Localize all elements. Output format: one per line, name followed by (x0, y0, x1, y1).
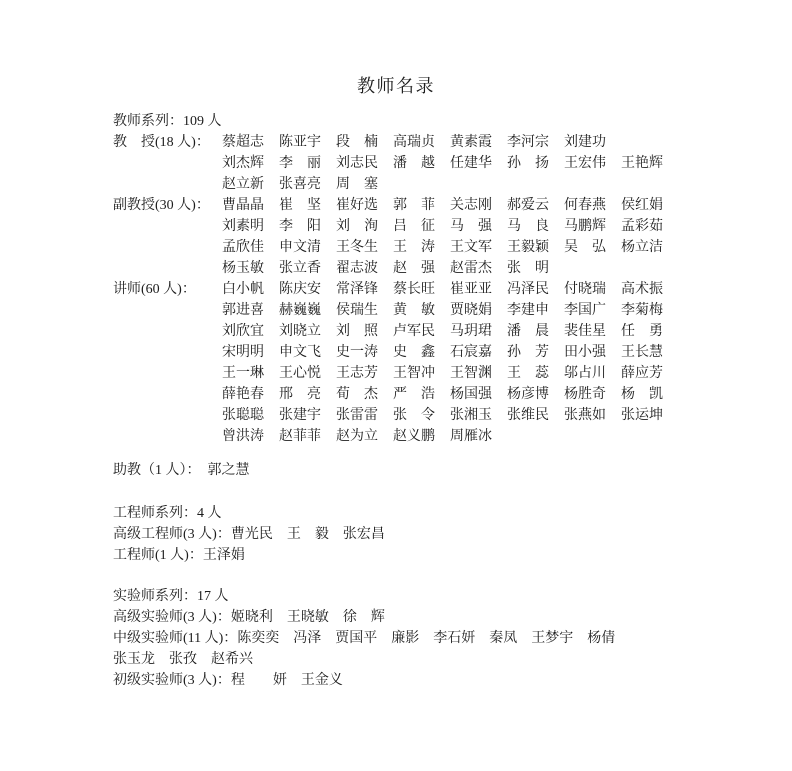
roster-row: 刘素明李 阳刘 洵吕 征马 强马 良马鹏辉孟彩茹 (222, 216, 679, 237)
person-name: 马 强 (450, 216, 507, 237)
person-name: 何春燕 (564, 195, 621, 216)
person-name: 杨国强 (450, 384, 507, 405)
person-name: 周雁冰 (450, 426, 507, 447)
roster-row: 张聪聪张建宇张雷雷张 令张湘玉张维民张燕如张运坤 (222, 405, 679, 426)
person-name: 马 良 (507, 216, 564, 237)
junior-experimentalists-label: 初级实验师(3 人)： (113, 673, 231, 688)
person-name: 张运坤 (621, 405, 678, 426)
person-name: 张燕如 (564, 405, 621, 426)
person-name: 张立香 (279, 258, 336, 279)
intermediate-experimentalists-names: 陈奕奕 冯泽 贾国平 廉影 李石妍 秦凤 王梦宇 杨倩 (237, 631, 615, 646)
person-name: 杨立洁 (621, 237, 678, 258)
senior-engineers-names: 曹光民 王 毅 张宏昌 (231, 527, 385, 542)
person-name: 刘素明 (222, 216, 279, 237)
person-name: 任 勇 (621, 321, 678, 342)
person-name: 翟志波 (336, 258, 393, 279)
person-name: 任建华 (450, 153, 507, 174)
person-name: 李国广 (564, 300, 621, 321)
professors-name-grid: 蔡超志陈亚宇段 楠高瑞贞黄素霞李河宗刘建功刘杰辉李 丽刘志民潘 越任建华孙 扬王… (222, 132, 679, 195)
person-name: 王志芳 (336, 363, 393, 384)
person-name: 段 楠 (336, 132, 393, 153)
person-name: 常泽锋 (336, 279, 393, 300)
person-name: 刘晓立 (279, 321, 336, 342)
roster-row: 郭进喜赫巍巍侯瑞生黄 敏贾晓娟李建申李国广李菊梅 (222, 300, 679, 321)
person-name: 黄 敏 (393, 300, 450, 321)
section-spacer (113, 481, 679, 503)
person-name: 卢军民 (393, 321, 450, 342)
person-name: 王智渊 (450, 363, 507, 384)
person-name: 郭 菲 (393, 195, 450, 216)
roster-row: 曾洪涛赵菲菲赵为立赵义鹏周雁冰 (222, 426, 679, 447)
person-name: 李 阳 (279, 216, 336, 237)
person-name: 张喜亮 (279, 174, 336, 195)
roster-row: 白小帆陈庆安常泽锋蔡长旺崔亚亚冯泽民付晓瑞高术振 (222, 279, 679, 300)
person-name: 刘志民 (336, 153, 393, 174)
person-name: 付晓瑞 (564, 279, 621, 300)
person-name: 关志刚 (450, 195, 507, 216)
document-body: 教师系列：109 人 教 授(18 人)： 蔡超志陈亚宇段 楠高瑞贞黄素霞李河宗… (113, 111, 679, 691)
person-name: 薛应芳 (621, 363, 678, 384)
roster-row: 杨玉敏张立香翟志波赵 强赵雷杰张 明 (222, 258, 679, 279)
person-name: 刘杰辉 (222, 153, 279, 174)
person-name: 崔好选 (336, 195, 393, 216)
person-name: 杨胜奇 (564, 384, 621, 405)
person-name: 张湘玉 (450, 405, 507, 426)
person-name: 陈亚宇 (279, 132, 336, 153)
person-name: 张雷雷 (336, 405, 393, 426)
person-name: 王艳辉 (621, 153, 678, 174)
roster-row: 孟欣佳申文清王冬生王 涛王文军王毅颖吴 弘杨立洁 (222, 237, 679, 258)
person-name: 马玥珺 (450, 321, 507, 342)
person-name: 孙 芳 (507, 342, 564, 363)
person-name: 赫巍巍 (279, 300, 336, 321)
junior-experimentalists-names: 程 妍 王金义 (231, 673, 343, 688)
person-name: 王一琳 (222, 363, 279, 384)
person-name: 王长慧 (621, 342, 678, 363)
person-name: 冯泽民 (507, 279, 564, 300)
senior-experimentalists-label: 高级实验师(3 人)： (113, 610, 231, 625)
person-name: 杨彦博 (507, 384, 564, 405)
section-spacer (113, 566, 679, 586)
person-name: 蔡超志 (222, 132, 279, 153)
engineer-series-heading: 工程师系列：4 人 (113, 503, 679, 524)
person-name: 黄素霞 (450, 132, 507, 153)
senior-engineers-line: 高级工程师(3 人)：曹光民 王 毅 张宏昌 (113, 524, 679, 545)
person-name: 严 浩 (393, 384, 450, 405)
person-name: 王 涛 (393, 237, 450, 258)
person-name: 贾晓娟 (450, 300, 507, 321)
professors-roster: 教 授(18 人)： 蔡超志陈亚宇段 楠高瑞贞黄素霞李河宗刘建功刘杰辉李 丽刘志… (113, 132, 679, 195)
person-name: 侯瑞生 (336, 300, 393, 321)
person-name: 赵菲菲 (279, 426, 336, 447)
person-name: 李河宗 (507, 132, 564, 153)
lecturers-label: 讲师(60 人)： (113, 279, 222, 447)
lecturers-roster: 讲师(60 人)： 白小帆陈庆安常泽锋蔡长旺崔亚亚冯泽民付晓瑞高术振郭进喜赫巍巍… (113, 279, 679, 447)
roster-row: 赵立新张喜亮周 塞 (222, 174, 679, 195)
roster-row: 刘欣宜刘晓立刘 照卢军民马玥珺潘 晨裴佳星任 勇 (222, 321, 679, 342)
person-name: 田小强 (564, 342, 621, 363)
person-name: 曹晶晶 (222, 195, 279, 216)
junior-experimentalists-line: 初级实验师(3 人)：程 妍 王金义 (113, 670, 679, 691)
person-name: 刘 洵 (336, 216, 393, 237)
engineers-line: 工程师(1 人)：王泽娟 (113, 545, 679, 566)
person-name: 史 鑫 (393, 342, 450, 363)
associate-professors-label: 副教授(30 人)： (113, 195, 222, 279)
intermediate-experimentalists-wrap-line: 张玉龙 张孜 赵希兴 (113, 649, 679, 670)
person-name: 张聪聪 (222, 405, 279, 426)
person-name: 王心悦 (279, 363, 336, 384)
person-name: 孟彩茹 (621, 216, 678, 237)
person-name: 郝爱云 (507, 195, 564, 216)
person-name: 赵立新 (222, 174, 279, 195)
engineers-names: 王泽娟 (203, 548, 245, 563)
person-name: 崔亚亚 (450, 279, 507, 300)
section-spacer (113, 447, 679, 460)
person-name: 周 塞 (336, 174, 393, 195)
intermediate-experimentalists-label: 中级实验师(11 人)： (113, 631, 237, 646)
lecturers-name-grid: 白小帆陈庆安常泽锋蔡长旺崔亚亚冯泽民付晓瑞高术振郭进喜赫巍巍侯瑞生黄 敏贾晓娟李… (222, 279, 679, 447)
person-name: 侯红娟 (621, 195, 678, 216)
person-name: 王文军 (450, 237, 507, 258)
person-name: 王毅颖 (507, 237, 564, 258)
person-name: 李 丽 (279, 153, 336, 174)
teaching-assistants-line: 助教（1 人）： 郭之慧 (113, 460, 679, 481)
person-name: 潘 晨 (507, 321, 564, 342)
person-name: 张维民 (507, 405, 564, 426)
senior-engineers-label: 高级工程师(3 人)： (113, 527, 231, 542)
person-name: 史一涛 (336, 342, 393, 363)
person-name: 高术振 (621, 279, 678, 300)
person-name: 潘 越 (393, 153, 450, 174)
document-title: 教师名录 (113, 75, 679, 97)
person-name: 刘 照 (336, 321, 393, 342)
person-name: 申文清 (279, 237, 336, 258)
person-name: 邬占川 (564, 363, 621, 384)
associate-professors-name-grid: 曹晶晶崔 坚崔好选郭 菲关志刚郝爱云何春燕侯红娟刘素明李 阳刘 洵吕 征马 强马… (222, 195, 679, 279)
person-name: 吴 弘 (564, 237, 621, 258)
person-name: 曾洪涛 (222, 426, 279, 447)
person-name: 张 明 (507, 258, 564, 279)
person-name: 马鹏辉 (564, 216, 621, 237)
roster-row: 蔡超志陈亚宇段 楠高瑞贞黄素霞李河宗刘建功 (222, 132, 679, 153)
person-name: 赵义鹏 (393, 426, 450, 447)
person-name: 荀 杰 (336, 384, 393, 405)
person-name: 杨玉敏 (222, 258, 279, 279)
person-name: 赵雷杰 (450, 258, 507, 279)
person-name: 张建宇 (279, 405, 336, 426)
teaching-assistants-names: 郭之慧 (208, 463, 250, 478)
person-name: 郭进喜 (222, 300, 279, 321)
person-name: 蔡长旺 (393, 279, 450, 300)
person-name: 申文飞 (279, 342, 336, 363)
person-name: 刘欣宜 (222, 321, 279, 342)
experimentalist-series-heading: 实验师系列：17 人 (113, 586, 679, 607)
person-name: 宋明明 (222, 342, 279, 363)
intermediate-experimentalists-line: 中级实验师(11 人)：陈奕奕 冯泽 贾国平 廉影 李石妍 秦凤 王梦宇 杨倩 (113, 628, 679, 649)
person-name: 高瑞贞 (393, 132, 450, 153)
person-name: 王冬生 (336, 237, 393, 258)
roster-row: 王一琳王心悦王志芳王智冲王智渊王 蕊邬占川薛应芳 (222, 363, 679, 384)
person-name: 刘建功 (564, 132, 621, 153)
roster-row: 刘杰辉李 丽刘志民潘 越任建华孙 扬王宏伟王艳辉 (222, 153, 679, 174)
roster-row: 宋明明申文飞史一涛史 鑫石宸嘉孙 芳田小强王长慧 (222, 342, 679, 363)
person-name: 陈庆安 (279, 279, 336, 300)
person-name: 石宸嘉 (450, 342, 507, 363)
person-name: 白小帆 (222, 279, 279, 300)
person-name: 孟欣佳 (222, 237, 279, 258)
person-name: 崔 坚 (279, 195, 336, 216)
person-name: 裴佳星 (564, 321, 621, 342)
engineers-label: 工程师(1 人)： (113, 548, 203, 563)
professors-label: 教 授(18 人)： (113, 132, 222, 195)
person-name: 王 蕊 (507, 363, 564, 384)
person-name: 邢 亮 (279, 384, 336, 405)
person-name: 王宏伟 (564, 153, 621, 174)
person-name: 杨 凯 (621, 384, 678, 405)
person-name: 薛艳春 (222, 384, 279, 405)
roster-row: 薛艳春邢 亮荀 杰严 浩杨国强杨彦博杨胜奇杨 凯 (222, 384, 679, 405)
person-name: 赵 强 (393, 258, 450, 279)
teacher-series-heading: 教师系列：109 人 (113, 111, 679, 132)
person-name: 孙 扬 (507, 153, 564, 174)
intermediate-experimentalists-wrap-names: 张玉龙 张孜 赵希兴 (113, 652, 253, 667)
person-name: 吕 征 (393, 216, 450, 237)
person-name: 张 令 (393, 405, 450, 426)
roster-row: 曹晶晶崔 坚崔好选郭 菲关志刚郝爱云何春燕侯红娟 (222, 195, 679, 216)
teaching-assistants-label: 助教（1 人）： (113, 463, 208, 478)
person-name: 赵为立 (336, 426, 393, 447)
senior-experimentalists-line: 高级实验师(3 人)：姬晓利 王晓敏 徐 辉 (113, 607, 679, 628)
senior-experimentalists-names: 姬晓利 王晓敏 徐 辉 (231, 610, 385, 625)
person-name: 李建申 (507, 300, 564, 321)
document-page: 教师名录 教师系列：109 人 教 授(18 人)： 蔡超志陈亚宇段 楠高瑞贞黄… (0, 0, 792, 771)
person-name: 王智冲 (393, 363, 450, 384)
person-name: 李菊梅 (621, 300, 678, 321)
associate-professors-roster: 副教授(30 人)： 曹晶晶崔 坚崔好选郭 菲关志刚郝爱云何春燕侯红娟刘素明李 … (113, 195, 679, 279)
